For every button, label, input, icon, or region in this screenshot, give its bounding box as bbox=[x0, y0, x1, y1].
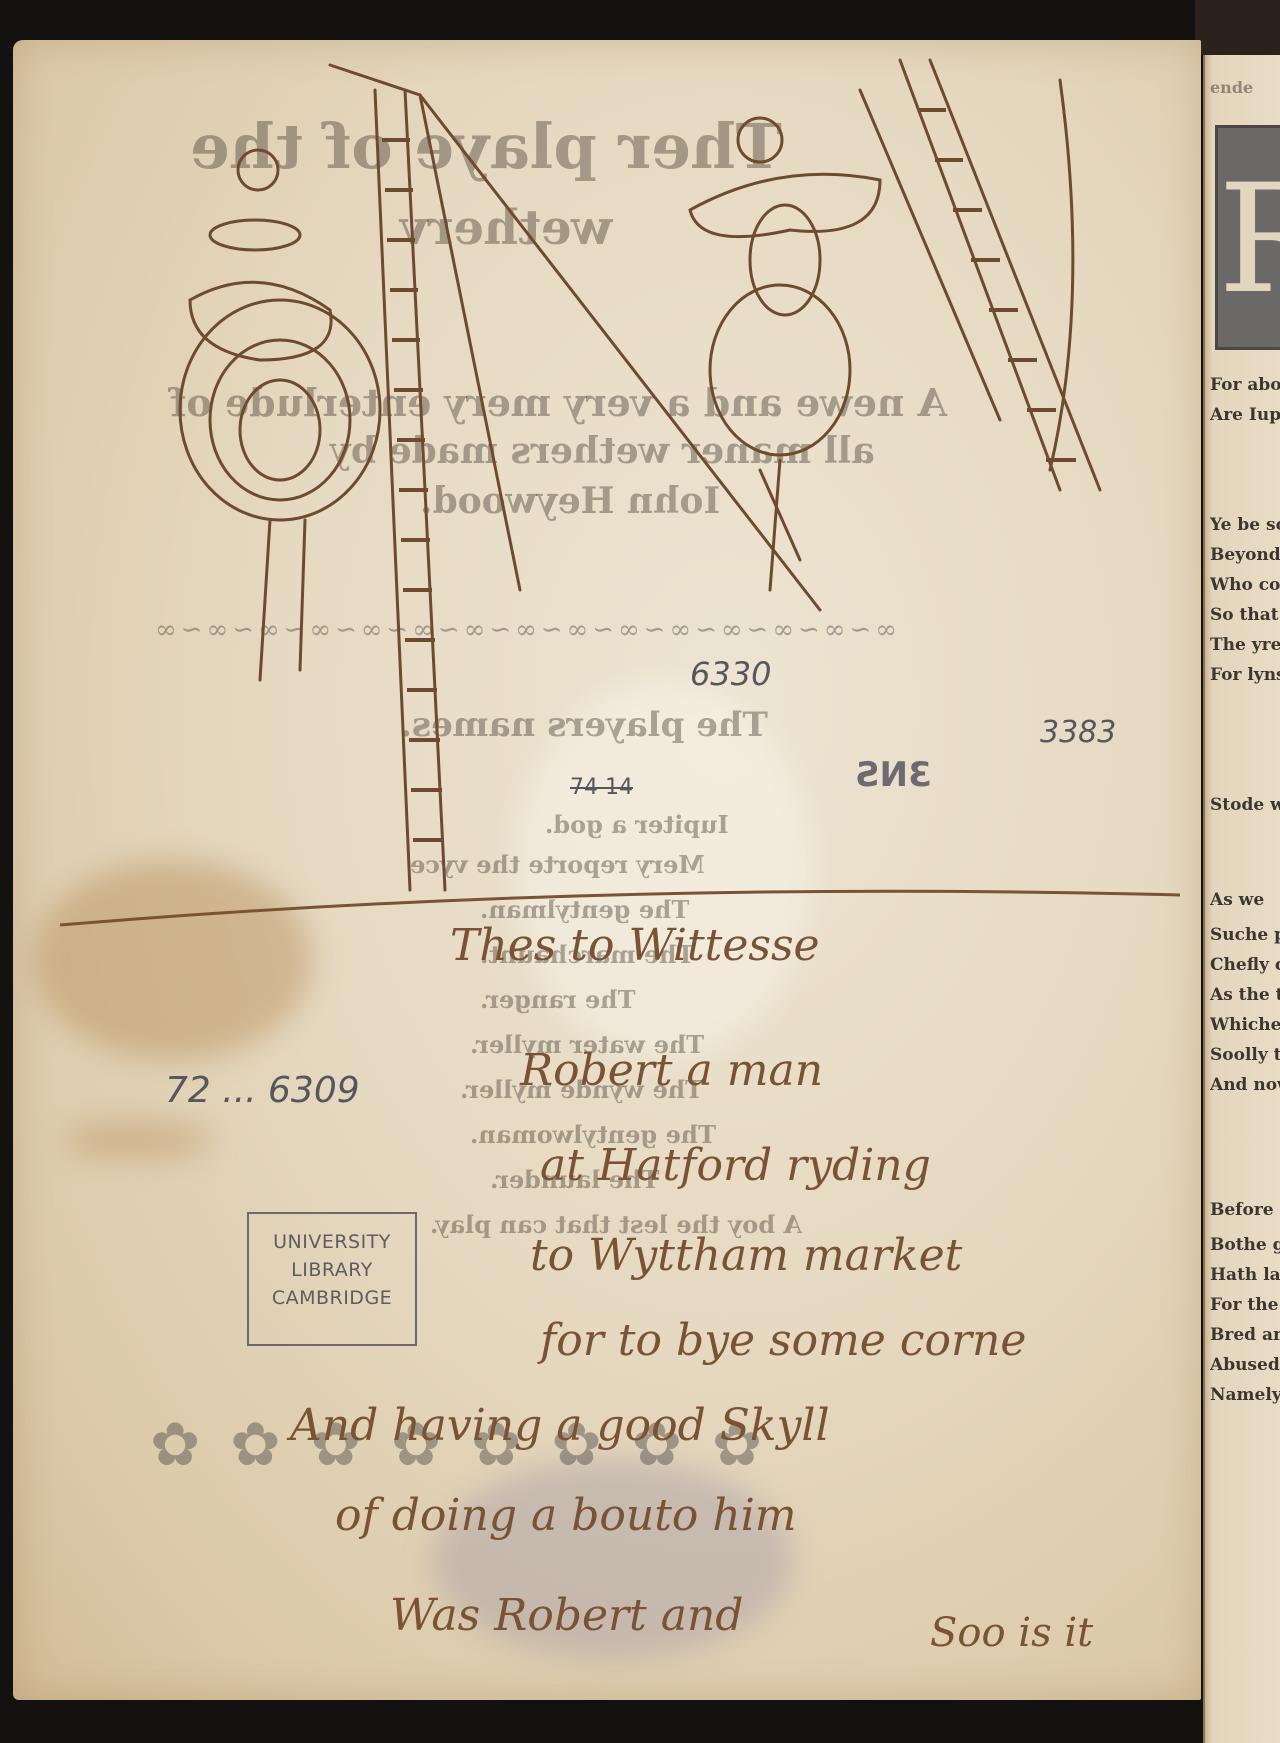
pencil-struck-number: 74 14 bbox=[570, 775, 633, 800]
stamp-line-3: CAMBRIDGE bbox=[249, 1284, 415, 1312]
ink-blot-mark: 3NS bbox=[855, 755, 932, 795]
right-page-line: Hath late a bbox=[1210, 1265, 1280, 1285]
right-page-line: As the thyn bbox=[1210, 985, 1280, 1005]
pencil-side-number: 3383 bbox=[1040, 715, 1116, 750]
manuscript-line-2: Robert a man bbox=[520, 1045, 823, 1096]
pencil-catalogue-note: 72 ... 6309 bbox=[165, 1070, 360, 1111]
ink-drawings bbox=[0, 0, 1280, 1743]
right-page-line: Suche pac bbox=[1210, 925, 1280, 945]
right-page-line: For lyns th bbox=[1210, 665, 1280, 685]
manuscript-line-4: to Wyttham market bbox=[530, 1230, 962, 1281]
right-page-line: Are Iuppi bbox=[1210, 405, 1280, 425]
right-page-line: Bothe godd bbox=[1210, 1235, 1280, 1255]
right-page-line: Before o bbox=[1210, 1200, 1280, 1220]
manuscript-line-8: Was Robert and bbox=[390, 1590, 743, 1641]
manuscript-line-1: Thes to Wittesse bbox=[450, 920, 820, 971]
right-page-line: Chefly con bbox=[1210, 955, 1280, 975]
stamp-line-1: UNIVERSITY bbox=[249, 1228, 415, 1256]
manuscript-line-3: at Hatford ryding bbox=[540, 1140, 931, 1191]
right-page-running-head: ende bbox=[1210, 78, 1280, 97]
right-page-line: So that it bbox=[1210, 605, 1280, 625]
manuscript-line-7: of doing a bouto him bbox=[335, 1490, 796, 1541]
manuscript-line-6: And having a good Skyll bbox=[290, 1400, 830, 1451]
pencil-shelf-number: 6330 bbox=[690, 655, 771, 693]
manuscript-viewer: Ther playe of the wetherv A newe and a v… bbox=[0, 0, 1280, 1743]
decorated-initial: R bbox=[1215, 125, 1280, 350]
right-page-line: Whiche bye bbox=[1210, 1015, 1280, 1035]
right-page-line: Bred among bbox=[1210, 1325, 1280, 1345]
manuscript-line-5: for to bye some corne bbox=[540, 1315, 1026, 1366]
library-stamp: UNIVERSITY LIBRARY CAMBRIDGE bbox=[247, 1212, 417, 1346]
right-page-line: For the ted bbox=[1210, 1295, 1280, 1315]
right-page-line: Soolly to bbox=[1210, 1045, 1280, 1065]
right-page-line: Beyonde th bbox=[1210, 545, 1280, 565]
manuscript-line-9: Soo is it bbox=[930, 1610, 1093, 1656]
stamp-line-2: LIBRARY bbox=[249, 1256, 415, 1284]
right-page-line: Ye be so bbox=[1210, 515, 1280, 535]
right-page-line: The yre co bbox=[1210, 635, 1280, 655]
right-page-line: Abusede we bbox=[1210, 1355, 1280, 1375]
right-page-line: For aboue bbox=[1210, 375, 1280, 395]
right-page-line: Who could bbox=[1210, 575, 1280, 595]
right-page-line: As we bbox=[1210, 890, 1280, 910]
right-page-line: Namely to p bbox=[1210, 1385, 1280, 1405]
right-page-line: And nowe t bbox=[1210, 1075, 1280, 1095]
right-page-line: Stode we m bbox=[1210, 795, 1280, 815]
